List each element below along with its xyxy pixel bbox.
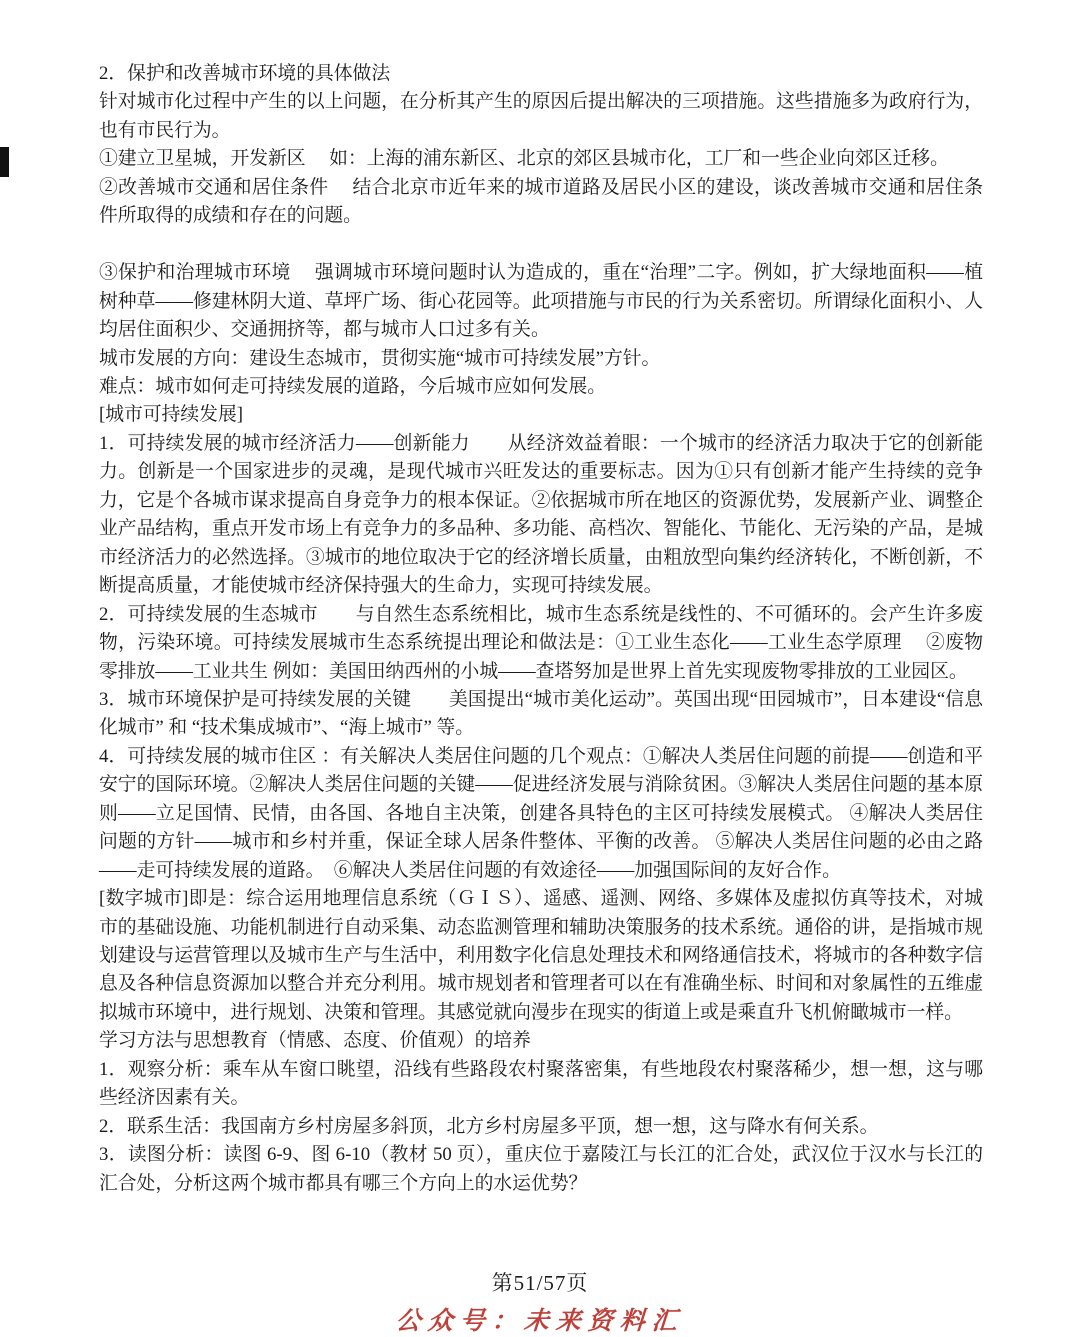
paragraph: 1．观察分析：乘车从车窗口眺望，沿线有些路段农村聚落密集，有些地段农村聚落稀少，… [99,1056,983,1113]
paragraph: 难点：城市如何走可持续发展的道路，今后城市应如何发展。 [99,373,983,401]
paragraph: ①建立卫星城，开发新区 如：上海的浦东新区、北京的郊区县城市化，工厂和一些企业向… [99,145,983,173]
paragraph: 针对城市化过程中产生的以上问题，在分析其产生的原因后提出解决的三项措施。这些措施… [99,88,983,145]
paragraph: ③保护和治理城市环境 强调城市环境问题时认为造成的，重在“治理”二字。例如，扩大… [99,259,983,344]
page-number: 第51/57页 [0,1267,1080,1297]
bracket-heading: [城市可持续发展] [99,401,983,429]
paragraph: 3．读图分析：读图 6-9、图 6-10（教材 50 页），重庆位于嘉陵江与长江… [99,1141,983,1198]
paragraph: 2．可持续发展的生态城市 与自然生态系统相比，城市生态系统是线性的、不可循环的。… [99,601,983,686]
paragraph: 3．城市环境保护是可持续发展的关键 美国提出“城市美化运动”。英国出现“田园城市… [99,686,983,743]
paragraph: [数字城市]即是：综合运用地理信息系统（ＧＩＳ）、遥感、遥测、网络、多媒体及虚拟… [99,885,983,1027]
document-body: 2．保护和改善城市环境的具体做法 针对城市化过程中产生的以上问题，在分析其产生的… [99,60,983,1198]
blank-line [99,231,983,259]
watermark-text: 公众号：未来资料汇 [0,1301,1080,1337]
paragraph: 城市发展的方向：建设生态城市，贯彻实施“城市可持续发展”方针。 [99,345,983,373]
paragraph: 1．可持续发展的城市经济活力——创新能力 从经济效益着眼：一个城市的经济活力取决… [99,430,983,601]
scan-artifact-mark [0,147,9,177]
paragraph: 4．可持续发展的城市住区 ：有关解决人类居住问题的几个观点：①解决人类居住问题的… [99,743,983,885]
section-heading: 2．保护和改善城市环境的具体做法 [99,60,983,88]
paragraph: 2．联系生活：我国南方乡村房屋多斜顶，北方乡村房屋多平顶，想一想，这与降水有何关… [99,1113,983,1141]
section-heading: 学习方法与思想教育（情感、态度、价值观）的培养 [99,1027,983,1055]
paragraph: ②改善城市交通和居住条件 结合北京市近年来的城市道路及居民小区的建设，谈改善城市… [99,174,983,231]
